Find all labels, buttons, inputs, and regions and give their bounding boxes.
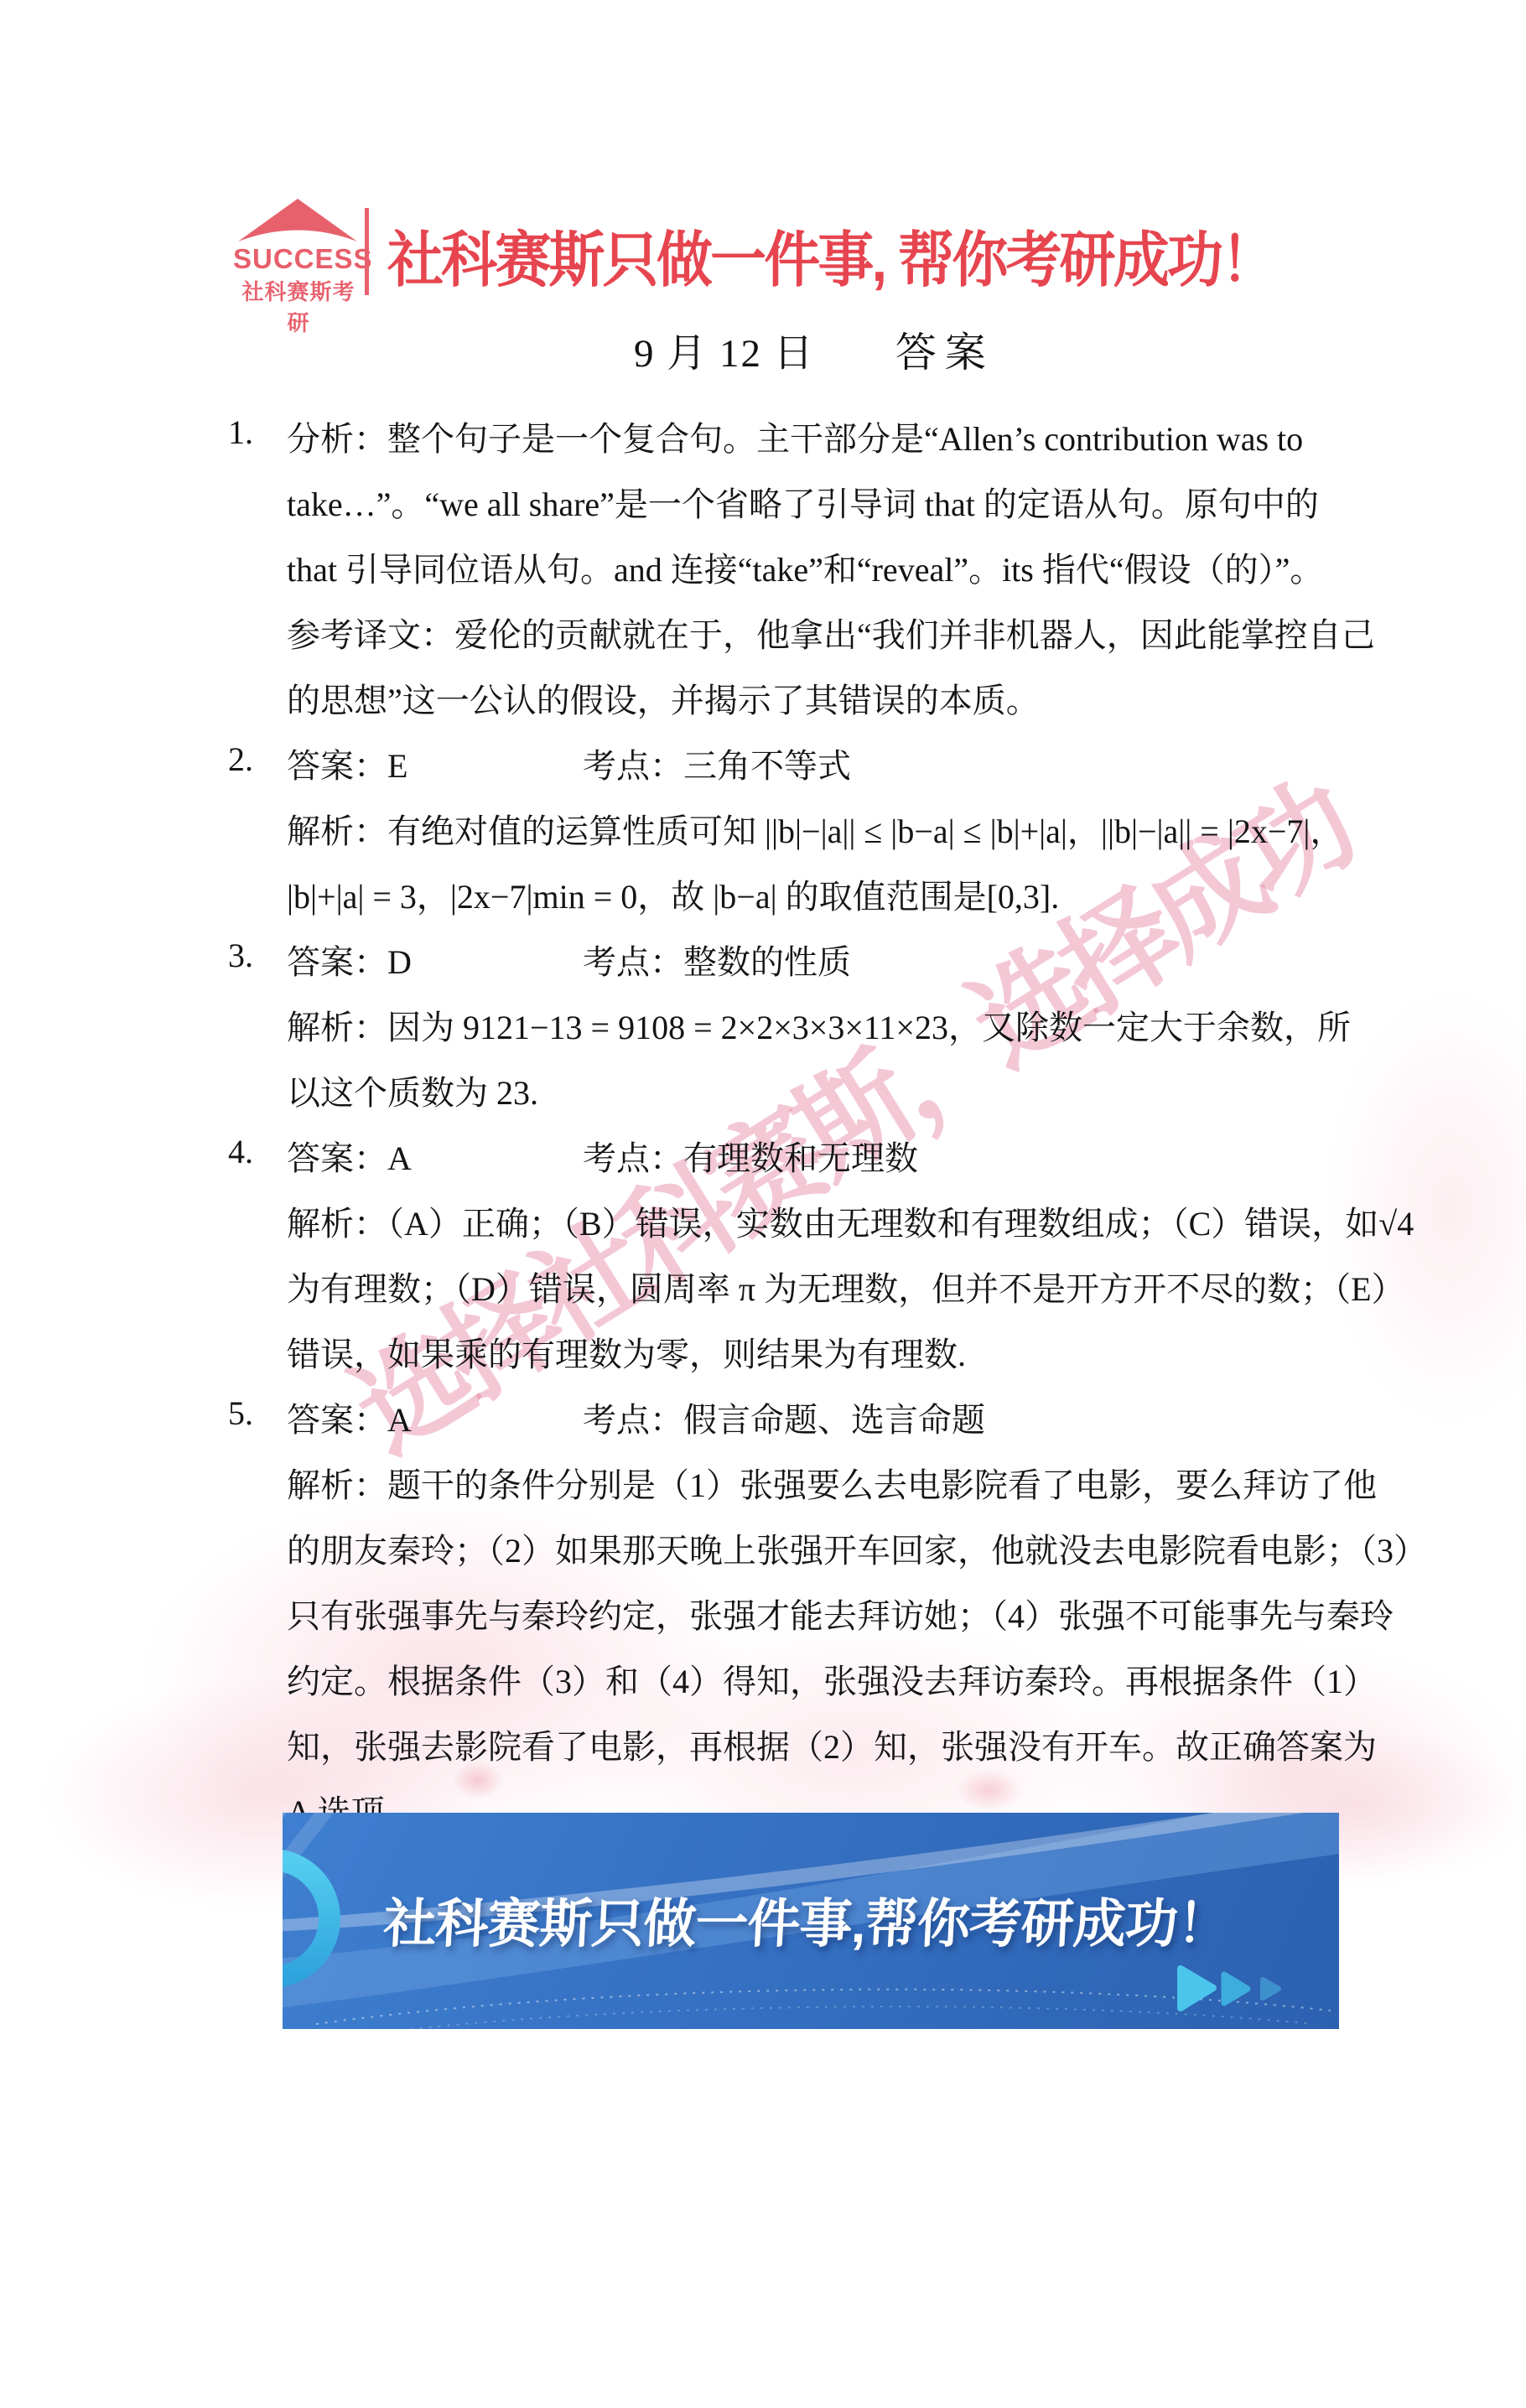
line-text: 以这个质数为 23. [287, 1066, 538, 1114]
answer-line: 5.答案：A考点：假言命题、选言命题 [0, 1393, 1526, 1459]
header-divider [365, 208, 369, 295]
promo-banner: 社科赛斯只做一件事,帮你考研成功！ [283, 1813, 1339, 2029]
line-text: 参考译文：爱伦的贡献就在于，他拿出“我们并非机器人，因此能掌控自己 [287, 609, 1375, 656]
success-logo: SUCCESS 社科赛斯考研 [233, 195, 364, 304]
line-text: 的朋友秦玲；（2）如果那天晚上张强开车回家，他就没去电影院看电影；（3） [287, 1524, 1427, 1572]
line-text: 的思想”这一公认的假设，并揭示了其错误的本质。 [287, 674, 1040, 722]
answer-value: 答案：A [287, 1393, 412, 1441]
text-line: 参考译文：爱伦的贡献就在于，他拿出“我们并非机器人，因此能掌控自己 [0, 609, 1526, 674]
answer-line: 4.答案：A考点：有理数和无理数 [0, 1132, 1526, 1197]
logo-subtitle: 社科赛斯考研 [231, 275, 366, 337]
line-text: 只有张强事先与秦玲约定，张强才能去拜访她；（4）张强不可能事先与秦玲 [287, 1590, 1394, 1637]
title-date: 9 月 12 日 [634, 332, 815, 376]
answer-value: 答案：E [287, 740, 407, 787]
topic-value: 考点：有理数和无理数 [583, 1132, 918, 1180]
item-number: 5. [228, 1393, 253, 1433]
item-number: 2. [228, 740, 253, 779]
topic-value: 考点：整数的性质 [583, 936, 851, 983]
answer-line: 2.答案：E考点：三角不等式 [0, 740, 1526, 805]
line-text: 分析：整个句子是一个复合句。主干部分是“Allen’s contribution… [287, 413, 1303, 460]
page-title: 9 月 12 日答案 [634, 320, 994, 379]
text-line: 解析：有绝对值的运算性质可知 ||b|−|a|| ≤ |b−a| ≤ |b|+|… [0, 805, 1526, 870]
line-text: 约定。根据条件（3）和（4）得知，张强没去拜访秦玲。再根据条件（1） [287, 1655, 1377, 1703]
text-line: 1.分析：整个句子是一个复合句。主干部分是“Allen’s contributi… [0, 413, 1526, 478]
play-arrow-icon [1263, 1980, 1279, 1998]
banner-slogan: 社科赛斯只做一件事,帮你考研成功！ [283, 1881, 1332, 1958]
line-text: 解析：题干的条件分别是（1）张强要么去电影院看了电影，要么拜访了他 [287, 1459, 1377, 1507]
line-text: 解析：因为 9121−13 = 9108 = 2×2×3×3×11×23，又除数… [287, 1001, 1351, 1049]
text-line: 错误，如果乘的有理数为零，则结果为有理数. [0, 1328, 1526, 1393]
answer-value: 答案：D [287, 936, 412, 983]
item-number: 4. [228, 1132, 253, 1171]
logo-brand: SUCCESS [233, 243, 364, 275]
text-line: 的思想”这一公认的假设，并揭示了其错误的本质。 [0, 674, 1526, 740]
text-line: 为有理数；（D）错误，圆周率 π 为无理数，但并不是开方开不尽的数；（E） [0, 1263, 1526, 1328]
text-line: 以这个质数为 23. [0, 1066, 1526, 1132]
text-line: |b|+|a| = 3，|2x−7|min = 0，故 |b−a| 的取值范围是… [0, 870, 1526, 936]
header-slogan: 社科赛斯只做一件事, 帮你考研成功！ [387, 211, 1269, 298]
line-text: 为有理数；（D）错误，圆周率 π 为无理数，但并不是开方开不尽的数；（E） [287, 1263, 1405, 1310]
text-line: take…”。“we all share”是一个省略了引导词 that 的定语从… [0, 478, 1526, 543]
dotted-arc [383, 2006, 1314, 2029]
line-text: that 引导同位语从句。and 连接“take”和“reveal”。its 指… [287, 543, 1323, 591]
text-line: 解析：（A）正确；（B）错误，实数由无理数和有理数组成；（C）错误，如√4 [0, 1197, 1526, 1263]
line-text: |b|+|a| = 3，|2x−7|min = 0，故 |b−a| 的取值范围是… [287, 870, 1059, 918]
answer-value: 答案：A [287, 1132, 412, 1180]
play-arrow-icon [1224, 1975, 1248, 2003]
text-line: 约定。根据条件（3）和（4）得知，张强没去拜访秦玲。再根据条件（1） [0, 1655, 1526, 1720]
text-line: 解析：题干的条件分别是（1）张强要么去电影院看了电影，要么拜访了他 [0, 1459, 1526, 1524]
item-number: 1. [228, 413, 253, 452]
answer-line: 3.答案：D考点：整数的性质 [0, 936, 1526, 1001]
text-line: 只有张强事先与秦玲约定，张强才能去拜访她；（4）张强不可能事先与秦玲 [0, 1590, 1526, 1655]
text-line: 解析：因为 9121−13 = 9108 = 2×2×3×3×11×23，又除数… [0, 1001, 1526, 1066]
play-arrow-icon [1181, 1969, 1213, 2008]
line-text: 解析：（A）正确；（B）错误，实数由无理数和有理数组成；（C）错误，如√4 [287, 1197, 1414, 1245]
roof-icon [235, 196, 361, 243]
text-line: 知，张强去影院看了电影，再根据（2）知，张强没有开车。故正确答案为 [0, 1720, 1526, 1786]
line-text: 知，张强去影院看了电影，再根据（2）知，张强没有开车。故正确答案为 [287, 1720, 1377, 1768]
title-label: 答案 [895, 330, 994, 376]
line-text: 错误，如果乘的有理数为零，则结果为有理数. [287, 1328, 966, 1376]
line-text: take…”。“we all share”是一个省略了引导词 that 的定语从… [287, 478, 1319, 526]
line-text: 解析：有绝对值的运算性质可知 ||b|−|a|| ≤ |b−a| ≤ |b|+|… [287, 805, 1343, 853]
topic-value: 考点：三角不等式 [583, 740, 851, 787]
text-line: 的朋友秦玲；（2）如果那天晚上张强开车回家，他就没去电影院看电影；（3） [0, 1524, 1526, 1590]
text-line: that 引导同位语从句。and 连接“take”和“reveal”。its 指… [0, 543, 1526, 609]
document-page: SUCCESS 社科赛斯考研 社科赛斯只做一件事, 帮你考研成功！ 9 月 12… [0, 0, 1526, 2408]
topic-value: 考点：假言命题、选言命题 [583, 1393, 985, 1441]
item-number: 3. [228, 936, 253, 975]
